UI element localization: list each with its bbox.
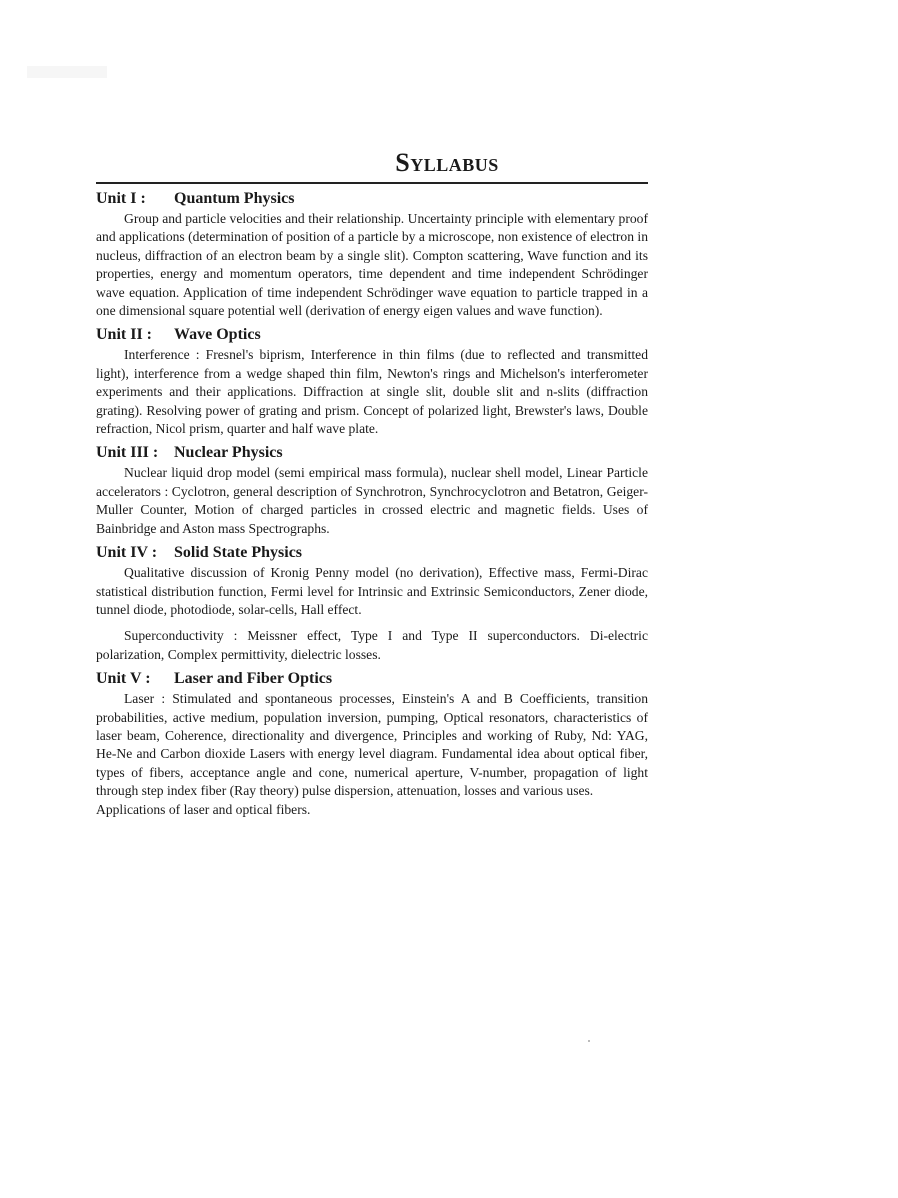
unit-heading: Unit III :Nuclear Physics (96, 444, 648, 462)
unit-name: Solid State Physics (174, 544, 302, 561)
unit-number: Unit V : (96, 670, 174, 688)
unit-paragraph: Group and particle velocities and their … (96, 210, 648, 320)
unit-paragraph: Laser : Stimulated and spontaneous proce… (96, 690, 648, 800)
unit-heading: Unit I :Quantum Physics (96, 190, 648, 208)
closing-line: Applications of laser and optical fibers… (96, 801, 648, 819)
unit-number: Unit I : (96, 190, 174, 208)
unit-number: Unit II : (96, 326, 174, 344)
unit-5: Unit V :Laser and Fiber Optics Laser : S… (96, 670, 648, 819)
unit-heading: Unit IV :Solid State Physics (96, 544, 648, 562)
title-rule (96, 182, 648, 184)
unit-heading: Unit V :Laser and Fiber Optics (96, 670, 648, 688)
unit-name: Nuclear Physics (174, 444, 283, 461)
unit-4: Unit IV :Solid State Physics Qualitative… (96, 544, 648, 664)
unit-2: Unit II :Wave Optics Interference : Fres… (96, 326, 648, 438)
page-title: Syllabus (96, 148, 648, 178)
unit-paragraph: Superconductivity : Meissner effect, Typ… (96, 627, 648, 664)
unit-name: Quantum Physics (174, 190, 294, 207)
scan-artifact (27, 66, 107, 78)
unit-1: Unit I :Quantum Physics Group and partic… (96, 190, 648, 320)
scan-speck (588, 1040, 590, 1042)
unit-paragraph: Nuclear liquid drop model (semi empirica… (96, 464, 648, 538)
unit-heading: Unit II :Wave Optics (96, 326, 648, 344)
unit-number: Unit III : (96, 444, 174, 462)
unit-paragraph: Interference : Fresnel's biprism, Interf… (96, 346, 648, 438)
unit-paragraph: Qualitative discussion of Kronig Penny m… (96, 564, 648, 619)
unit-name: Laser and Fiber Optics (174, 670, 332, 687)
unit-name: Wave Optics (174, 326, 261, 343)
unit-number: Unit IV : (96, 544, 174, 562)
syllabus-page: Syllabus Unit I :Quantum Physics Group a… (96, 148, 648, 819)
unit-3: Unit III :Nuclear Physics Nuclear liquid… (96, 444, 648, 538)
